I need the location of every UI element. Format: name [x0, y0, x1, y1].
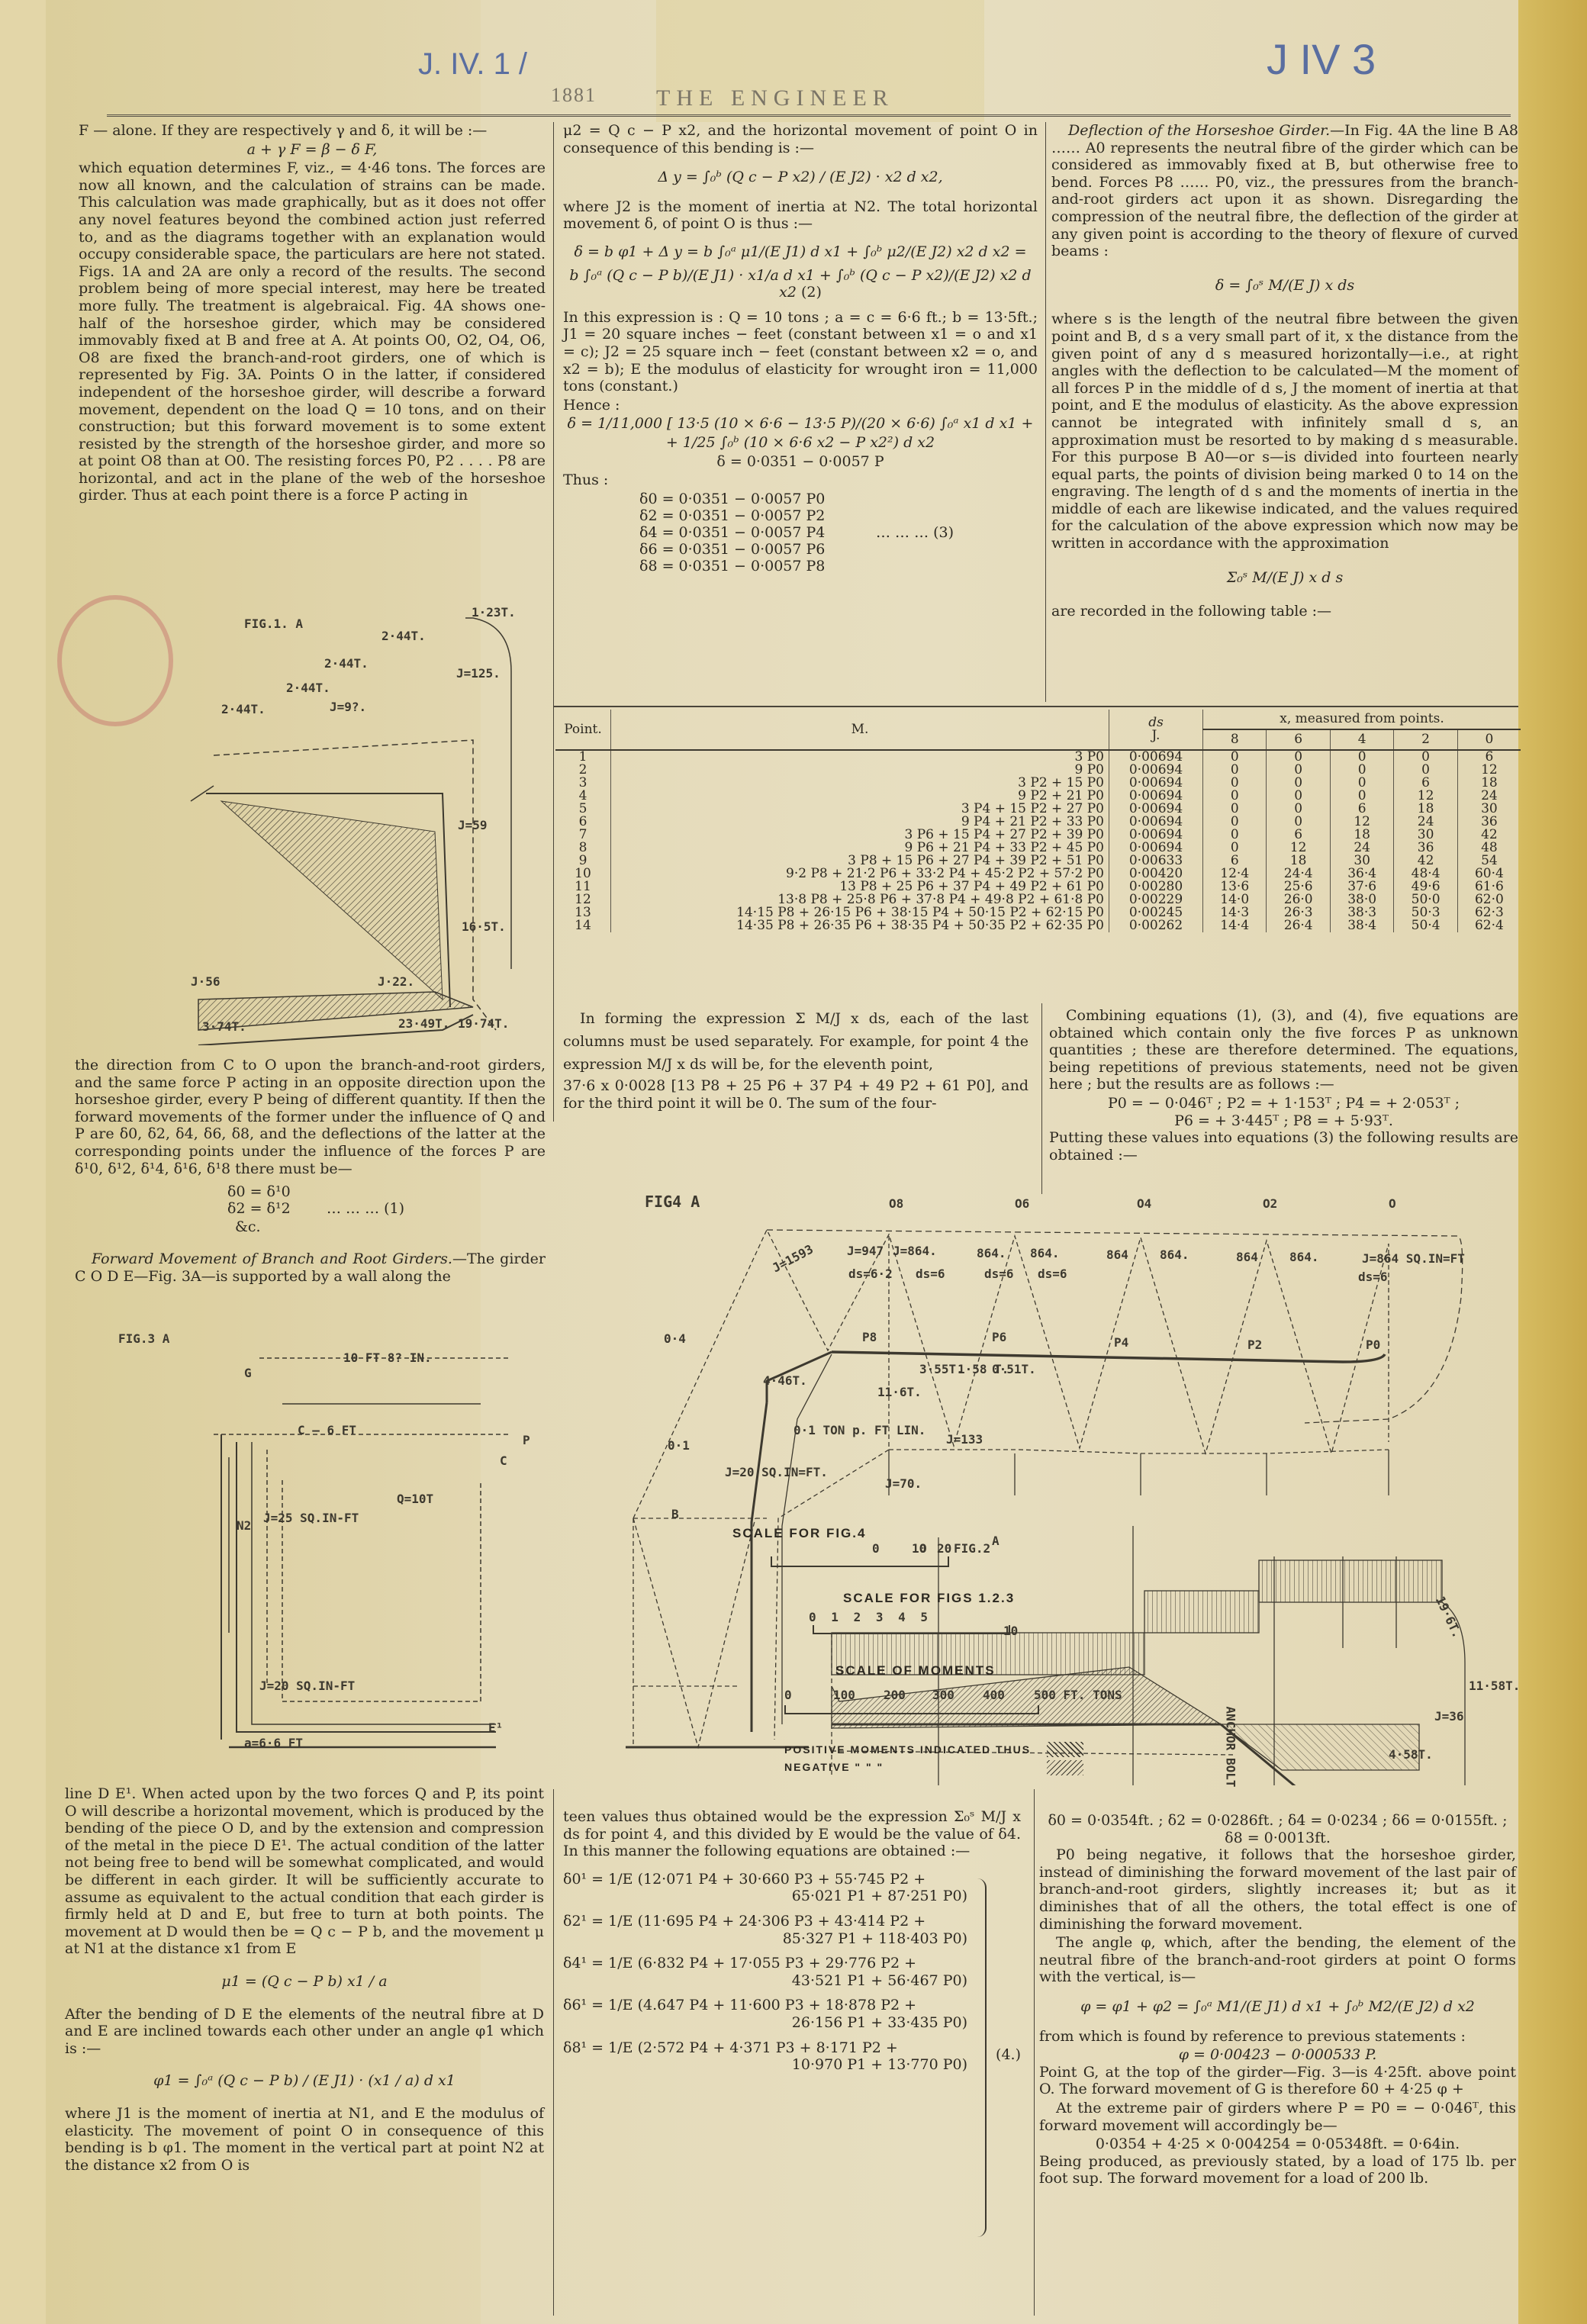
- fig3-label: Q=10T: [397, 1492, 433, 1506]
- section-heading: Forward Movement of Branch and Root Gird…: [92, 1251, 452, 1267]
- equation-final: 0·0354 + 4·25 × 0·004254 = 0·05348ft. = …: [1039, 2136, 1516, 2153]
- legend-negative-moments: NEGATIVE " " ": [784, 1761, 884, 1773]
- fig3-label: 10 FT 8? IN.: [343, 1350, 432, 1365]
- fig4-force: P4: [1114, 1335, 1128, 1350]
- scale-bar-moments: [784, 1705, 1039, 1714]
- table-top-rule: [553, 706, 1518, 707]
- paragraph: Being produced, as previously stated, by…: [1039, 2153, 1516, 2187]
- equation-3-lines: δ0 = 0·0351 − 0·0057 P0 δ2 = 0·0351 − 0·…: [639, 491, 825, 575]
- equation-delta-cont: b ∫₀ᵃ (Q c − P b)/(E J1) · x1/a d x1 + ∫…: [563, 267, 1038, 301]
- legend-positive-moments: POSITIVE MOMENTS INDICATED THUS: [784, 1743, 1031, 1756]
- scale-fig4-title: SCALE FOR FIG.4: [732, 1526, 866, 1541]
- fig2-label: J=133: [946, 1432, 983, 1447]
- fig4-label: 864.: [977, 1246, 1006, 1260]
- scale-tick: 10: [912, 1541, 926, 1556]
- cell-moment: 14·35 P8 + 26·35 P6 + 38·35 P4 + 50·35 P…: [611, 919, 1109, 932]
- fig4-force: P0: [1366, 1337, 1380, 1352]
- equation-term-cont: 65·021 P1 + 87·251 P0): [563, 1888, 1021, 1905]
- column-divider: [1034, 1789, 1035, 2316]
- equation-4-entry: δ4¹ = 1/E (6·832 P4 + 17·055 P3 + 29·776…: [563, 1955, 1021, 1989]
- equation-phi-value: φ = 0·00423 − 0·000533 P.: [1039, 2046, 1516, 2064]
- fig4-label: 864: [1236, 1250, 1258, 1264]
- equation-term: (11·695 P4 + 24·306 P3 + 43·414 P2 +: [638, 1913, 926, 1930]
- fig3-label: C: [500, 1453, 507, 1468]
- col-header-m: M.: [611, 710, 1109, 750]
- results-line-1: P0 = − 0·046ᵀ ; P2 = + 1·153ᵀ ; P4 = + 2…: [1049, 1095, 1518, 1112]
- equation-line: δ0 = δ¹0: [227, 1183, 291, 1201]
- equation-line: δ2 = δ¹2: [227, 1200, 291, 1218]
- column-divider: [553, 122, 554, 1122]
- section-heading: Deflection of the Horseshoe Girder.: [1068, 122, 1330, 139]
- equation-hence-1: δ = 1/11,000 [ 13·5 (10 × 6·6 − 13·5 P)/…: [563, 415, 1038, 433]
- fig4-label: J=864 SQ.IN=FT: [1362, 1251, 1465, 1266]
- fig1-label: J·56: [191, 974, 221, 989]
- header-rule: [107, 114, 1511, 117]
- fig4-label: 0·4: [664, 1331, 686, 1346]
- scale-tick: 0: [784, 1688, 792, 1702]
- column-divider: [553, 1789, 554, 2316]
- equation-term: (12·071 P4 + 30·660 P3 + 55·745 P2 +: [638, 1871, 926, 1888]
- fig1-label: 2·44T.: [221, 702, 266, 716]
- fig2-label: ANCHOR BOLT: [1223, 1707, 1238, 1788]
- scale-bar-figs123: [813, 1625, 1010, 1634]
- equation-4-block: δ0¹ = 1/E (12·071 P4 + 30·660 P3 + 55·74…: [563, 1871, 1021, 2074]
- paragraph: Combining equations (1), (3), and (4), f…: [1049, 1007, 1518, 1093]
- label-thus: Thus :: [563, 472, 1038, 489]
- scale-tick: 200: [884, 1688, 906, 1702]
- col-header-x-group: x, measured from points.: [1203, 710, 1521, 729]
- paragraph: In forming the expression Σ M/J x ds, ea…: [563, 1007, 1028, 1076]
- fig4-top-point: O2: [1263, 1196, 1277, 1211]
- equation-term: (4.647 P4 + 11·600 P3 + 18·878 P2 +: [638, 1997, 916, 2013]
- fig3-label: C — 6 FT: [298, 1423, 356, 1437]
- paragraph: the direction from C to O upon the branc…: [75, 1057, 546, 1177]
- fig4-label: 864.: [1289, 1250, 1319, 1264]
- equation-term-cont: 43·521 P1 + 56·467 P0): [563, 1972, 1021, 1990]
- equation-term-cont: 85·327 P1 + 118·403 P0): [563, 1930, 1021, 1948]
- fig3-label: J=20 SQ.IN-FT: [259, 1679, 355, 1693]
- paragraph: In this expression is : Q = 10 tons ; a …: [563, 309, 1038, 395]
- handwritten-catalog-mark-right: J IV 3: [1267, 34, 1376, 84]
- moments-table: Point. M. dsJ. x, measured from points. …: [555, 710, 1521, 932]
- delta-results-2: δ8 = 0·0013ft.: [1039, 1830, 1516, 1847]
- fig4-label: ds=6: [1358, 1270, 1388, 1284]
- col-header-x4: 4: [1330, 729, 1393, 750]
- fig1-label: J·22.: [378, 974, 414, 989]
- column-1-middle: the direction from C to O upon the branc…: [75, 1057, 546, 1286]
- figure-3-title: FIG.3 A: [118, 1331, 169, 1346]
- figure-3a-diagram: [114, 1328, 542, 1785]
- fig2-label: 4·58T.: [1389, 1747, 1433, 1762]
- fig3-label: J=25 SQ.IN-FT: [263, 1511, 359, 1525]
- col-header-x6: 6: [1267, 729, 1330, 750]
- fig4-top-point: O4: [1137, 1196, 1151, 1211]
- fig2-label: 0·51T.: [992, 1362, 1036, 1376]
- equation-term-cont: 26·156 P1 + 33·435 P0): [563, 2014, 1021, 2032]
- fig4-top-point: O8: [889, 1196, 903, 1211]
- equation-phi1: φ1 = ∫₀ᵃ (Q c − P b) / (E J1) · (x1 / a)…: [65, 2072, 544, 2090]
- equation-lhs: δ2¹ = 1/E: [563, 1913, 633, 1930]
- fig4-label: 864.: [1160, 1247, 1189, 1262]
- col-header-x2: 2: [1394, 729, 1457, 750]
- column-2-top: μ2 = Q c − P x2, and the horizontal move…: [563, 122, 1038, 578]
- equation-lhs: δ8¹ = 1/E: [563, 2039, 633, 2056]
- column-2-middle: In forming the expression Σ M/J x ds, ea…: [563, 1007, 1028, 1113]
- fig2-label: 11·58T.: [1469, 1679, 1520, 1693]
- fig4-top-point: O: [1389, 1196, 1396, 1211]
- column-3-top: Deflection of the Horseshoe Girder.—In F…: [1051, 122, 1518, 622]
- equation-line: δ0 = 0·0351 − 0·0057 P0: [639, 491, 825, 507]
- paragraph: where s is the length of the neutral fib…: [1051, 311, 1518, 552]
- fig3-label: G: [244, 1366, 252, 1380]
- fig4-label: 864.: [1030, 1246, 1060, 1260]
- results-line-2: P6 = + 3·445ᵀ ; P8 = + 5·93ᵀ.: [1049, 1112, 1518, 1130]
- fig3-label: E¹: [488, 1720, 503, 1735]
- scale-tick: 20: [937, 1541, 951, 1556]
- equation-4-entry: δ2¹ = 1/E (11·695 P4 + 24·306 P3 + 43·41…: [563, 1913, 1021, 1947]
- paragraph: —In Fig. 4A the line B A8 …… A0 represen…: [1051, 122, 1518, 259]
- equation-mu1: μ1 = (Q c − P b) x1 / a: [65, 1973, 544, 1991]
- paragraph: line D E¹. When acted upon by the two fo…: [65, 1785, 544, 1958]
- col-header-point: Point.: [555, 710, 611, 750]
- fig2-label: FIG.2: [954, 1541, 990, 1556]
- positive-hatch-swatch: [1047, 1742, 1083, 1757]
- equation-3-block: δ0 = 0·0351 − 0·0057 P0 δ2 = 0·0351 − 0·…: [563, 491, 1038, 578]
- col-header-ds-j: dsJ.: [1109, 710, 1203, 750]
- scale-tick: 1: [831, 1610, 839, 1624]
- cell-x: 38·4: [1330, 919, 1393, 932]
- scale-ticks: 0 1 2 3 4 5: [809, 1610, 928, 1624]
- equation-1: δ0 = δ¹0 δ2 = δ¹2 &c. … … … (1): [75, 1183, 546, 1244]
- fig4-label: B: [671, 1507, 679, 1521]
- fig4-label: 0·1: [668, 1438, 690, 1453]
- table-row: 1414·35 P8 + 26·35 P6 + 38·35 P4 + 50·35…: [555, 919, 1521, 932]
- paragraph: μ2 = Q c − P x2, and the horizontal move…: [563, 122, 1038, 156]
- equation-brace: [977, 1878, 987, 2237]
- paragraph: After the bending of D E the elements of…: [65, 2006, 544, 2058]
- equation-hence-3: δ = 0·0351 − 0·0057 P: [563, 453, 1038, 471]
- fig2-label: 4·46T.: [763, 1373, 807, 1388]
- fig2-label: A: [992, 1534, 1000, 1548]
- equation-term-cont: 10·970 P1 + 13·770 P0): [563, 2056, 1021, 2074]
- cell-point: 14: [555, 919, 611, 932]
- equation-deflection: δ = ∫₀ˢ M/(E J) x ds: [1051, 277, 1518, 295]
- cell-x: 50·4: [1394, 919, 1457, 932]
- equation-number: … … … (1): [327, 1200, 404, 1218]
- fig4-label: J=947: [847, 1244, 884, 1258]
- paragraph: are recorded in the following table :—: [1051, 603, 1518, 620]
- paragraph: Point G, at the top of the girder—Fig. 3…: [1039, 2064, 1516, 2098]
- figure-4-title: FIG4 A: [645, 1193, 700, 1211]
- fig4-label: ds=6·2: [848, 1267, 893, 1281]
- fig4-label: ds=6: [984, 1267, 1014, 1281]
- fig1-label: 16·5T.: [462, 919, 506, 934]
- equation-line: &c.: [235, 1218, 261, 1236]
- label-hence: Hence :: [563, 397, 1038, 414]
- fig4-force: P6: [992, 1330, 1006, 1344]
- equation-number: (4.): [996, 2046, 1021, 2064]
- fig2-label: 11·6T.: [877, 1385, 922, 1399]
- issue-year: 1881: [551, 84, 597, 107]
- fig1-label: J=125.: [456, 666, 501, 681]
- fig1-label: 2·44T.: [286, 681, 330, 695]
- paragraph: Putting these values into equations (3) …: [1049, 1129, 1518, 1164]
- fig2-label: J=70.: [885, 1476, 922, 1491]
- cell-ds-over-j: 0·00262: [1109, 919, 1203, 932]
- figure-1-title: FIG.1. A: [244, 616, 303, 631]
- column-2-bottom: teen values thus obtained would be the e…: [563, 1808, 1021, 2081]
- paragraph: where J2 is the moment of inertia at N2.…: [563, 198, 1038, 233]
- fig2-label: J=36: [1434, 1709, 1464, 1724]
- fig1-label: 1·23T.: [472, 605, 516, 620]
- scale-tick: 300: [932, 1688, 954, 1702]
- column-1-top: F — alone. If they are respectively γ an…: [79, 122, 546, 506]
- delta-results-1: δ0 = 0·0354ft. ; δ2 = 0·0286ft. ; δ4 = 0…: [1039, 1812, 1516, 1830]
- paragraph: F — alone. If they are respectively γ an…: [79, 122, 546, 140]
- fig3-label: N2: [237, 1518, 251, 1533]
- table-row: 13 P00·0069400006: [555, 750, 1521, 764]
- fig2-label: J=20 SQ.IN=FT.: [725, 1465, 828, 1479]
- scale-tick: 2: [854, 1610, 861, 1624]
- negative-hatch-swatch: [1047, 1760, 1083, 1775]
- column-1-bottom: line D E¹. When acted upon by the two fo…: [65, 1785, 544, 2175]
- scale-tick: 3: [876, 1610, 884, 1624]
- fig4-force: P2: [1247, 1337, 1262, 1352]
- equation-sum: Σ₀ˢ M/(E J) x d s: [1051, 569, 1518, 587]
- cell-x: 26·4: [1267, 919, 1330, 932]
- column-3-bottom: δ0 = 0·0354ft. ; δ2 = 0·0286ft. ; δ4 = 0…: [1039, 1812, 1516, 2189]
- equation-line: δ4 = 0·0351 − 0·0057 P4: [639, 524, 825, 541]
- masthead-title: THE ENGINEER: [656, 85, 894, 111]
- paragraph: teen values thus obtained would be the e…: [563, 1808, 1021, 1860]
- paragraph: from which is found by reference to prev…: [1039, 2028, 1516, 2046]
- fig3-label: P: [523, 1433, 530, 1447]
- fig1-label: J=9?.: [330, 700, 366, 714]
- column-3-middle: Combining equations (1), (3), and (4), f…: [1049, 1007, 1518, 1165]
- equation-delta: δ = b φ1 + Δ y = b ∫₀ᵃ μ1/(E J1) d x1 + …: [563, 243, 1038, 261]
- fig1-label: 3·74T.: [202, 1019, 246, 1034]
- page-edge-band: [1518, 0, 1587, 2324]
- scale-tick: 4: [898, 1610, 906, 1624]
- equation: a + γ F = β − δ F,: [79, 141, 546, 159]
- cell-x: 14·4: [1203, 919, 1267, 932]
- equation-number: … … … (3): [876, 524, 954, 542]
- equation-line: δ8 = 0·0351 − 0·0057 P8: [639, 558, 825, 575]
- scale-tick: 5: [920, 1610, 928, 1624]
- paragraph: P0 being negative, it follows that the h…: [1039, 1846, 1516, 1933]
- equation-lhs: δ6¹ = 1/E: [563, 1997, 633, 2013]
- fig4-label: 864: [1106, 1247, 1128, 1262]
- paragraph: At the extreme pair of girders where P =…: [1039, 2100, 1516, 2134]
- scale-tick: 0: [872, 1541, 880, 1556]
- scale-figs123-title: SCALE FOR FIGS 1.2.3: [843, 1591, 1015, 1606]
- fig4-label: ds=6: [916, 1267, 945, 1281]
- fig4-label: J=864.: [893, 1244, 937, 1258]
- equation-delta-y: Δ y = ∫₀ᵇ (Q c − P x2) / (E J2) · x2 d x…: [563, 169, 1038, 186]
- fig1-label: 2·44T.: [381, 629, 426, 643]
- equation-4-entry: δ0¹ = 1/E (12·071 P4 + 30·660 P3 + 55·74…: [563, 1871, 1021, 1905]
- scale-tick: 500 FT. TONS: [1034, 1688, 1122, 1702]
- equation-term: (2·572 P4 + 4·371 P3 + 8·171 P2 +: [638, 2039, 898, 2056]
- equation-lhs: δ4¹ = 1/E: [563, 1955, 633, 1972]
- fig1-label: 2·44T.: [324, 656, 369, 671]
- fig3-label: a=6·6 FT: [244, 1736, 303, 1750]
- scale-bar-fig4: [771, 1556, 949, 1567]
- fig1-label: J=59: [458, 818, 488, 832]
- fig4-label: ds=6: [1038, 1267, 1067, 1281]
- paragraph: The angle φ, which, after the bending, t…: [1039, 1934, 1516, 1986]
- equation-phi: φ = φ1 + φ2 = ∫₀ᵃ M1/(E J1) d x1 + ∫₀ᵇ M…: [1039, 1998, 1516, 2016]
- scale-tick: 10: [1003, 1624, 1018, 1638]
- paragraph: which equation determines F, viz., = 4·4…: [79, 159, 546, 504]
- fig1-label: 19·74T.: [458, 1016, 509, 1031]
- equation-4-entry: δ8¹ = 1/E (2·572 P4 + 4·371 P3 + 8·171 P…: [563, 2039, 1021, 2074]
- column-divider: [1045, 122, 1046, 702]
- cell-moment: 3 P0: [611, 750, 1109, 764]
- cell-x: 62·4: [1457, 919, 1521, 932]
- table-body: 13 P00·006940000629 P00·0069400001233 P2…: [555, 750, 1521, 932]
- col-header-x8: 8: [1203, 729, 1267, 750]
- col-header-x0: 0: [1457, 729, 1521, 750]
- fig2-label: 0·1 TON p. FT LIN.: [793, 1423, 925, 1437]
- equation-hence-2: + 1/25 ∫₀ᵇ (10 × 6·6 x2 − P x2²) d x2: [563, 434, 1038, 452]
- paragraph: 37·6 x 0·0028 [13 P8 + 25 P6 + 37 P4 + 4…: [563, 1077, 1028, 1112]
- column-divider: [1041, 1003, 1042, 1194]
- fig4-force: P8: [862, 1330, 877, 1344]
- scale-tick: 0: [809, 1610, 816, 1624]
- equation-line: δ6 = 0·0351 − 0·0057 P6: [639, 541, 825, 558]
- scale-moments-title: SCALE OF MOMENTS: [835, 1663, 996, 1679]
- equation-term: (6·832 P4 + 17·055 P3 + 29·776 P2 +: [638, 1955, 916, 1972]
- fig4-top-point: O6: [1015, 1196, 1029, 1211]
- ds-denominator: J.: [1152, 728, 1160, 743]
- equation-4-entry: δ6¹ = 1/E (4.647 P4 + 11·600 P3 + 18·878…: [563, 1997, 1021, 2031]
- handwritten-catalog-mark-left: J. IV. 1 /: [418, 47, 527, 82]
- equation-line: δ2 = 0·0351 − 0·0057 P2: [639, 507, 825, 524]
- equation-number: (2): [801, 284, 822, 301]
- equation-lhs: δ0¹ = 1/E: [563, 1871, 633, 1888]
- scale-tick: 400: [983, 1688, 1005, 1702]
- fig1-label: 23·49T.: [398, 1016, 449, 1031]
- scale-tick: 100: [833, 1688, 855, 1702]
- paragraph: where J1 is the moment of inertia at N1,…: [65, 2105, 544, 2174]
